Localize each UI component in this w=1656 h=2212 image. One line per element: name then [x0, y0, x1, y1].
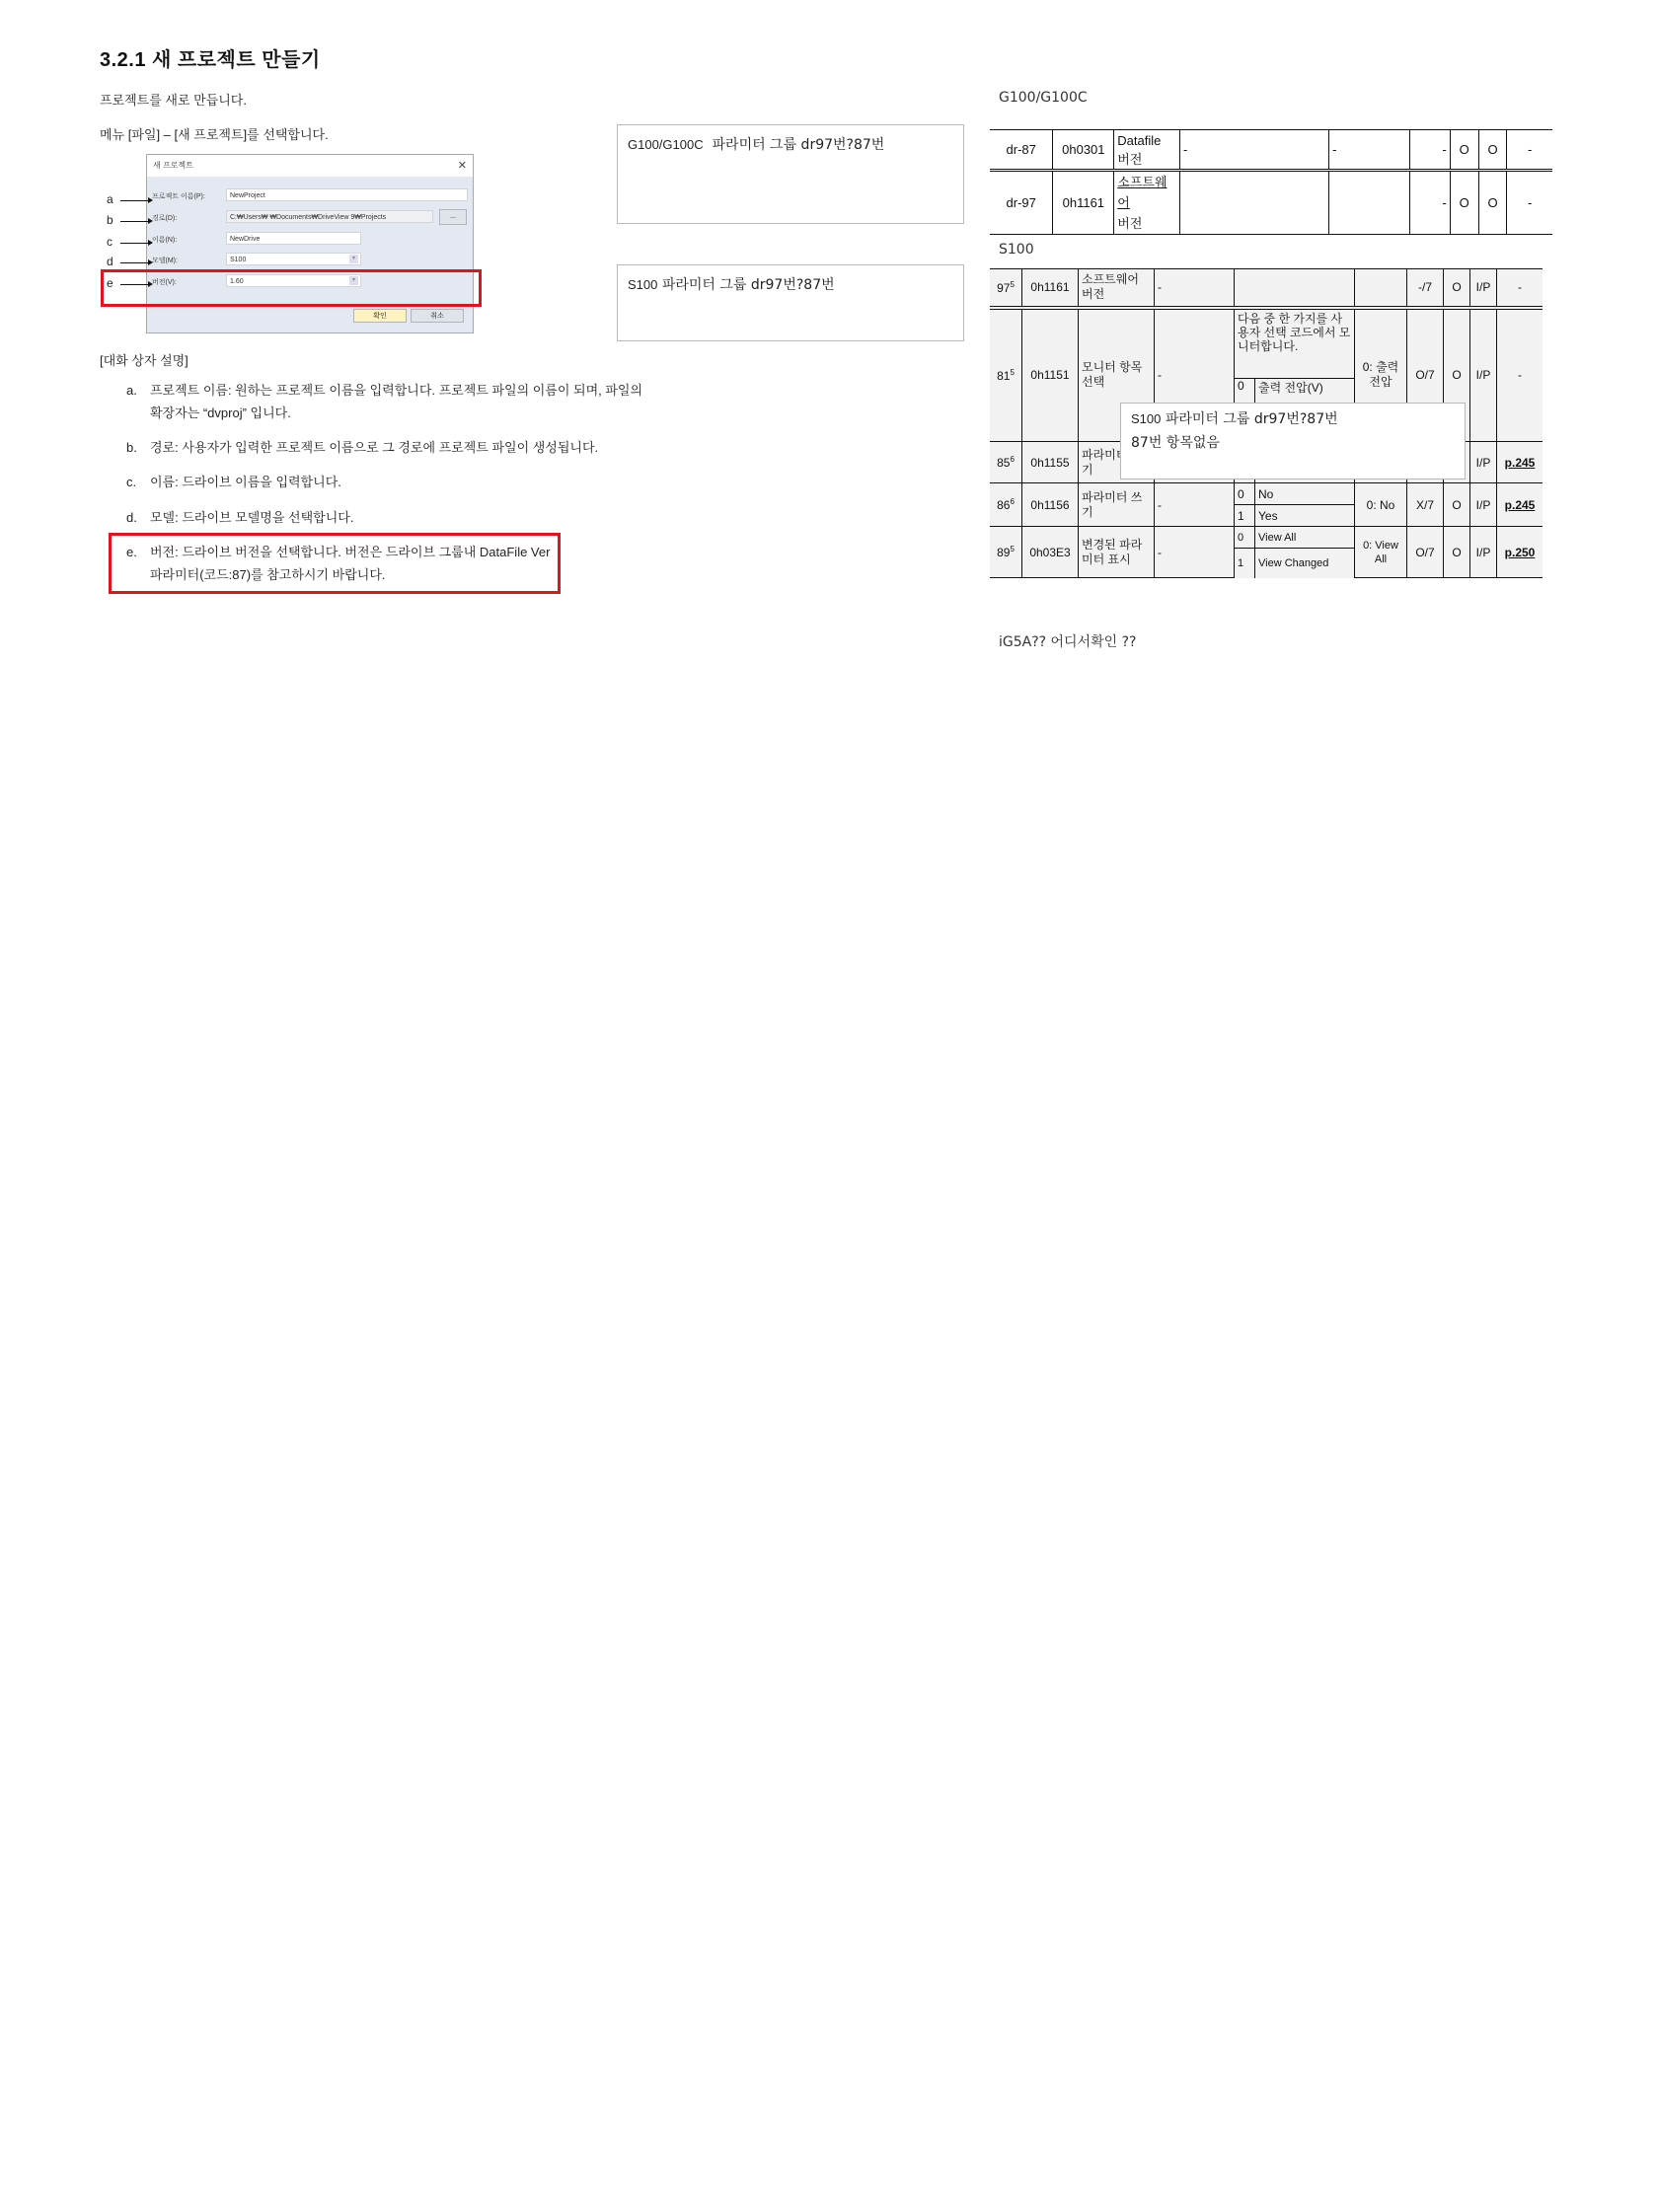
intro-text: 프로젝트를 새로 만듭니다.	[100, 90, 247, 109]
cell-code: dr-97	[990, 171, 1053, 235]
cell-range: -	[1155, 483, 1235, 527]
callout-b: b	[107, 213, 113, 227]
cell-name: 소프트웨어버전	[1114, 171, 1180, 235]
page-link[interactable]: p.245	[1505, 456, 1536, 470]
cell-address: 0h1155	[1022, 442, 1079, 483]
list-marker: b.	[126, 436, 137, 459]
cell-attr: X/7	[1407, 483, 1444, 527]
cell-ip: I/P	[1470, 269, 1497, 308]
cell-page: -	[1497, 308, 1543, 442]
cell-address: 0h1156	[1022, 483, 1079, 527]
arrow-icon	[148, 197, 153, 203]
cell-opt-key: 1	[1235, 505, 1255, 527]
cell-attr: -	[1410, 171, 1451, 235]
cell-setting	[1180, 171, 1329, 235]
cell-default	[1355, 269, 1407, 308]
comment-g100[interactable]: G100/G100C 파라미터 그룹 dr97번?87번	[617, 124, 964, 224]
cell-o: O	[1444, 269, 1470, 308]
cell-name: 변경된 파라미터 표시	[1079, 527, 1155, 578]
section-title: 3.2.1 새 프로젝트 만들기	[100, 43, 321, 72]
comment-prefix: S100	[628, 277, 657, 292]
dialog-input-project-name: NewProject	[226, 188, 468, 201]
table-row: 866 0h1156 파라미터 쓰기 - 0 No 0: No X/7 O I/…	[990, 483, 1543, 505]
cell-code: 856	[990, 442, 1022, 483]
dialog-select-model: S100 ▾	[226, 253, 361, 265]
cell-default	[1329, 171, 1410, 235]
callout-a: a	[107, 192, 113, 206]
cell-default: -	[1329, 130, 1410, 171]
dialog-ok-button: 확인	[353, 309, 407, 323]
callout-arrow-b	[120, 221, 148, 222]
cell-opt-val: Yes	[1255, 505, 1355, 527]
code-num: 85	[997, 456, 1010, 470]
cell-address: 0h0301	[1053, 130, 1114, 171]
chevron-down-icon: ▾	[349, 255, 358, 263]
list-marker: d.	[126, 506, 137, 529]
list-text: 모델: 드라이브 모델명을 선택합니다.	[150, 506, 683, 529]
code-num: 86	[997, 498, 1010, 512]
dialog-input-path: C:₩Users₩ ₩Documents₩DriveView 9₩Project…	[226, 210, 433, 223]
cell-name: 파라미터 쓰기	[1079, 483, 1155, 527]
cell-ip: I/P	[1470, 442, 1497, 483]
cell-opt-val: View All	[1255, 527, 1355, 549]
cell-opt-key: 0	[1235, 527, 1255, 549]
cell-o: O	[1444, 527, 1470, 578]
cell-page: -	[1507, 171, 1552, 235]
cell-ip: I/P	[1470, 308, 1497, 442]
cell-page: -	[1507, 130, 1552, 171]
arrow-icon	[148, 259, 153, 265]
code-sup: 5	[1010, 545, 1014, 553]
comment-text: 파라미터 그룹 dr97번?87번	[713, 137, 885, 153]
cell-range: -	[1155, 269, 1235, 308]
code-sup: 5	[1010, 280, 1014, 289]
cell-default: 0: No	[1355, 483, 1407, 527]
cell-code: 895	[990, 527, 1022, 578]
dialog-label-project-name: 프로젝트 이름(P):	[152, 191, 205, 201]
cell-o1: O	[1450, 130, 1478, 171]
cell-setting: -	[1180, 130, 1329, 171]
cell-attr: -/7	[1407, 269, 1444, 308]
cell-o1: O	[1450, 171, 1478, 235]
cell-code: dr-87	[990, 130, 1053, 171]
dialog-input-name: NewDrive	[226, 232, 361, 245]
name-line2: 버전	[1117, 152, 1142, 167]
dialog-label-model: 모델(M):	[152, 256, 178, 265]
cell-opt-key: 0	[1235, 483, 1255, 505]
comment-text-line2: 87번 항목없음	[1131, 431, 1455, 455]
cell-address: 0h1161	[1053, 171, 1114, 235]
cell-desc	[1235, 269, 1355, 308]
code-num: 81	[997, 369, 1010, 383]
page-link[interactable]: p.245	[1505, 498, 1536, 512]
name-line1: 소프트웨어	[1117, 175, 1167, 210]
cell-address: 0h1151	[1022, 308, 1079, 442]
table-row: 975 0h1161 소프트웨어 버전 - -/7 O I/P -	[990, 269, 1543, 308]
cell-default: 0: View All	[1355, 527, 1407, 578]
highlight-version-item	[109, 533, 561, 594]
code-num: 97	[997, 281, 1010, 295]
cell-attr: -	[1410, 130, 1451, 171]
callout-c: c	[107, 235, 113, 249]
cell-page[interactable]: p.245	[1497, 442, 1543, 483]
code-sup: 5	[1010, 368, 1014, 377]
dialog-model-value: S100	[230, 257, 246, 263]
menu-instruction: 메뉴 [파일] – [새 프로젝트]를 선택합니다.	[100, 124, 329, 143]
comment-text: 파라미터 그룹 dr97번?87번	[662, 277, 835, 293]
cell-code: 815	[990, 308, 1022, 442]
list-text: 이름: 드라이브 이름을 입력합니다.	[150, 471, 683, 493]
cell-code: 866	[990, 483, 1022, 527]
cell-page: -	[1497, 269, 1543, 308]
dialog-explain-title: [대화 상자 설명]	[100, 350, 188, 369]
arrow-icon	[148, 218, 153, 224]
dialog-label-path: 경로(D):	[152, 213, 177, 223]
table-row: dr-87 0h0301 Datafile버전 - - - O O -	[990, 130, 1552, 171]
cell-o2: O	[1478, 171, 1507, 235]
cell-opt-val: No	[1255, 483, 1355, 505]
name-line1: Datafile	[1117, 133, 1161, 148]
code-sup: 6	[1010, 455, 1014, 464]
callout-arrow-a	[120, 200, 148, 201]
arrow-icon	[148, 240, 153, 246]
cell-page[interactable]: p.250	[1497, 527, 1543, 578]
comment-prefix: S100	[1131, 411, 1161, 426]
comment-text: 파라미터 그룹 dr97번?87번	[1166, 411, 1338, 427]
list-marker: c.	[126, 471, 136, 493]
cell-ip: I/P	[1470, 527, 1497, 578]
dialog-cancel-button: 취소	[411, 309, 464, 323]
list-text: 경로: 사용자가 입력한 프로젝트 이름으로 그 경로에 프로젝트 파일이 생성…	[150, 436, 683, 459]
comment-s100[interactable]: S100 파라미터 그룹 dr97번?87번	[617, 264, 964, 341]
callout-arrow-d	[120, 262, 148, 263]
table-row: 895 0h03E3 변경된 파라미터 표시 - 0 View All 0: V…	[990, 527, 1543, 549]
table-row: dr-97 0h1161 소프트웨어버전 - O O -	[990, 171, 1552, 235]
comment-s100-popup[interactable]: S100 파라미터 그룹 dr97번?87번 87번 항목없음	[1120, 403, 1466, 479]
name-line2: 버전	[1117, 216, 1142, 231]
cell-address: 0h03E3	[1022, 527, 1079, 578]
cell-code: 975	[990, 269, 1022, 308]
list-text: 프로젝트 이름: 원하는 프로젝트 이름을 입력합니다. 프로젝트 파일의 이름…	[150, 379, 683, 402]
cell-address: 0h1161	[1022, 269, 1079, 308]
dialog-label-name: 이름(N):	[152, 235, 177, 245]
callout-arrow-c	[120, 243, 148, 244]
s100-heading: S100	[999, 242, 1034, 258]
cell-ip: I/P	[1470, 483, 1497, 527]
cell-range: -	[1155, 527, 1235, 578]
ig5a-note: iG5A?? 어디서확인 ??	[999, 631, 1136, 651]
page-link[interactable]: p.250	[1505, 546, 1536, 559]
cell-name: 소프트웨어 버전	[1079, 269, 1155, 308]
g100-heading: G100/G100C	[999, 90, 1088, 106]
cell-o2: O	[1478, 130, 1507, 171]
list-text-cont: 확장자는 “dvproj” 입니다.	[150, 402, 683, 424]
cell-opt-val: View Changed	[1255, 549, 1355, 578]
comment-prefix: G100/G100C	[628, 137, 704, 152]
list-marker: a.	[126, 379, 137, 402]
close-icon: ✕	[458, 159, 467, 172]
dialog-browse-button: ...	[439, 209, 467, 225]
g100-param-table: dr-87 0h0301 Datafile버전 - - - O O - dr-9…	[990, 129, 1552, 235]
cell-o: O	[1444, 483, 1470, 527]
cell-name: Datafile버전	[1114, 130, 1180, 171]
cell-desc: 다음 중 한 가지를 사용자 선택 코드에서 모니터합니다.	[1235, 308, 1355, 379]
dialog-title: 새 프로젝트	[147, 155, 473, 177]
callout-d: d	[107, 255, 113, 268]
code-sup: 6	[1010, 497, 1014, 506]
highlight-version-row	[101, 269, 482, 307]
table-row: 815 0h1151 모니터 항목 선택 - 다음 중 한 가지를 사용자 선택…	[990, 308, 1543, 379]
cell-opt-key: 1	[1235, 549, 1255, 578]
code-num: 89	[997, 546, 1010, 559]
cell-page[interactable]: p.245	[1497, 483, 1543, 527]
cell-attr: O/7	[1407, 527, 1444, 578]
